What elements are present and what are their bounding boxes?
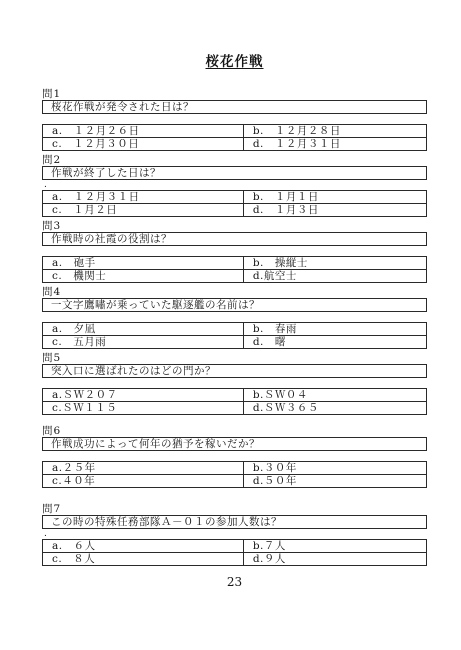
question-text-box: この時の特殊任務部隊Ａ－０１の参加人数は？ (42, 515, 427, 529)
question-number: 問2 (42, 154, 427, 166)
question-block-7: 問7 この時の特殊任務部隊Ａ－０１の参加人数は？ . a. ６人 b.７人 c.… (42, 503, 427, 566)
gap-dot (42, 114, 427, 124)
answer-table: a. 夕凪 b. 春雨 c. 五月雨 d. 曙 (42, 322, 427, 349)
answer-table: a. 砲手 b. 操縦士 c. 機関士 d.航空士 (42, 256, 427, 283)
answer-table: a. １２月３１日 b. １月１日 c. １月２日 d. １月３日 (42, 190, 427, 217)
answer-table: a. ６人 b.７人 c. ８人 d.９人 (42, 539, 427, 566)
answer-option-c: c.４０年 (43, 475, 244, 488)
answer-option-a: a. 砲手 (43, 257, 244, 270)
stray-dot: . (42, 529, 427, 539)
question-text-box: 桜花作戦が発令された日は？ (42, 100, 427, 114)
question-text: 桜花作戦が発令された日は？ (51, 101, 194, 113)
question-text-box: 作戦が終了した日は？ (42, 166, 427, 180)
answer-option-a: a.２５年 (43, 462, 244, 475)
answer-table: a.ＳＷ２０７ b.ＳＷ０４ c.ＳＷ１１５ d.ＳＷ３６５ (42, 388, 427, 415)
question-text-box: 作戦成功によって何年の猶予を稼いだか？ (42, 437, 427, 451)
gap-dot (42, 246, 427, 256)
question-text: 作戦成功によって何年の猶予を稼いだか？ (51, 438, 260, 450)
question-number: 問1 (42, 88, 427, 100)
question-text-box: 突入口に選ばれたのはどの門か？ (42, 364, 427, 378)
answer-option-c: c.ＳＷ１１５ (43, 402, 244, 415)
answer-table: a.２５年 b.３０年 c.４０年 d.５０年 (42, 461, 427, 488)
answer-option-b: b. 操縦士 (243, 257, 426, 270)
question-block-5: 問5 突入口に選ばれたのはどの門か？ a.ＳＷ２０７ b.ＳＷ０４ c.ＳＷ１１… (42, 352, 427, 415)
answer-option-c: c. １２月３０日 (43, 138, 244, 151)
answer-option-d: d.ＳＷ３６５ (243, 402, 426, 415)
question-text: この時の特殊任務部隊Ａ－０１の参加人数は？ (51, 516, 282, 528)
question-block-3: 問3 作戦時の社霞の役割は？ a. 砲手 b. 操縦士 c. 機関士 d.航空士 (42, 220, 427, 283)
answer-option-b: b. １月１日 (243, 191, 426, 204)
answer-option-b: b.７人 (243, 540, 426, 553)
question-text: 一文字鷹嘯が乗っていた駆逐艦の名前は？ (51, 299, 260, 311)
question-number: 問5 (42, 352, 427, 364)
answer-option-c: c. 機関士 (43, 270, 244, 283)
question-block-2: 問2 作戦が終了した日は？ . a. １２月３１日 b. １月１日 c. １月２… (42, 154, 427, 217)
answer-option-a: a.ＳＷ２０７ (43, 389, 244, 402)
question-block-6: 問6 作戦成功によって何年の猶予を稼いだか？ a.２５年 b.３０年 c.４０年… (42, 425, 427, 488)
answer-option-c: c. ８人 (43, 553, 244, 566)
answer-option-a: a. １２月３１日 (43, 191, 244, 204)
answer-option-b: b.３０年 (243, 462, 426, 475)
answer-option-b: b. １２月２８日 (243, 125, 426, 138)
question-text: 作戦が終了した日は？ (51, 167, 161, 179)
question-text-box: 作戦時の社霞の役割は？ (42, 232, 427, 246)
answer-option-b: b. 春雨 (243, 323, 426, 336)
answer-option-c: c. １月２日 (43, 204, 244, 217)
answer-table: a. １２月２６日 b. １２月２８日 c. １２月３０日 d. １２月３１日 (42, 124, 427, 151)
answer-option-d: d.航空士 (243, 270, 426, 283)
answer-option-d: d. 曙 (243, 336, 426, 349)
answer-option-a: a. 夕凪 (43, 323, 244, 336)
answer-option-d: d.９人 (243, 553, 426, 566)
stray-dot: . (42, 180, 427, 190)
question-block-1: 問1 桜花作戦が発令された日は？ a. １２月２６日 b. １２月２８日 c. … (42, 88, 427, 151)
document-page: 桜花作戦 問1 桜花作戦が発令された日は？ a. １２月２６日 b. １２月２８… (0, 0, 461, 589)
answer-option-d: d. １月３日 (243, 204, 426, 217)
answer-option-a: a. ６人 (43, 540, 244, 553)
gap-dot (42, 451, 427, 461)
question-block-4: 問4 一文字鷹嘯が乗っていた駆逐艦の名前は？ a. 夕凪 b. 春雨 c. 五月… (42, 286, 427, 349)
answer-option-d: d. １２月３１日 (243, 138, 426, 151)
question-text: 突入口に選ばれたのはどの門か？ (51, 365, 216, 377)
question-number: 問3 (42, 220, 427, 232)
page-number: 23 (42, 575, 427, 589)
page-title: 桜花作戦 (42, 54, 427, 70)
answer-option-d: d.５０年 (243, 475, 426, 488)
gap-dot (42, 312, 427, 322)
page-title-text: 桜花作戦 (206, 54, 264, 70)
question-text: 作戦時の社霞の役割は？ (51, 233, 172, 245)
question-number: 問4 (42, 286, 427, 298)
gap-dot (42, 378, 427, 388)
answer-option-b: b.ＳＷ０４ (243, 389, 426, 402)
question-number: 問7 (42, 503, 427, 515)
question-text-box: 一文字鷹嘯が乗っていた駆逐艦の名前は？ (42, 298, 427, 312)
question-number: 問6 (42, 425, 427, 437)
answer-option-a: a. １２月２６日 (43, 125, 244, 138)
answer-option-c: c. 五月雨 (43, 336, 244, 349)
